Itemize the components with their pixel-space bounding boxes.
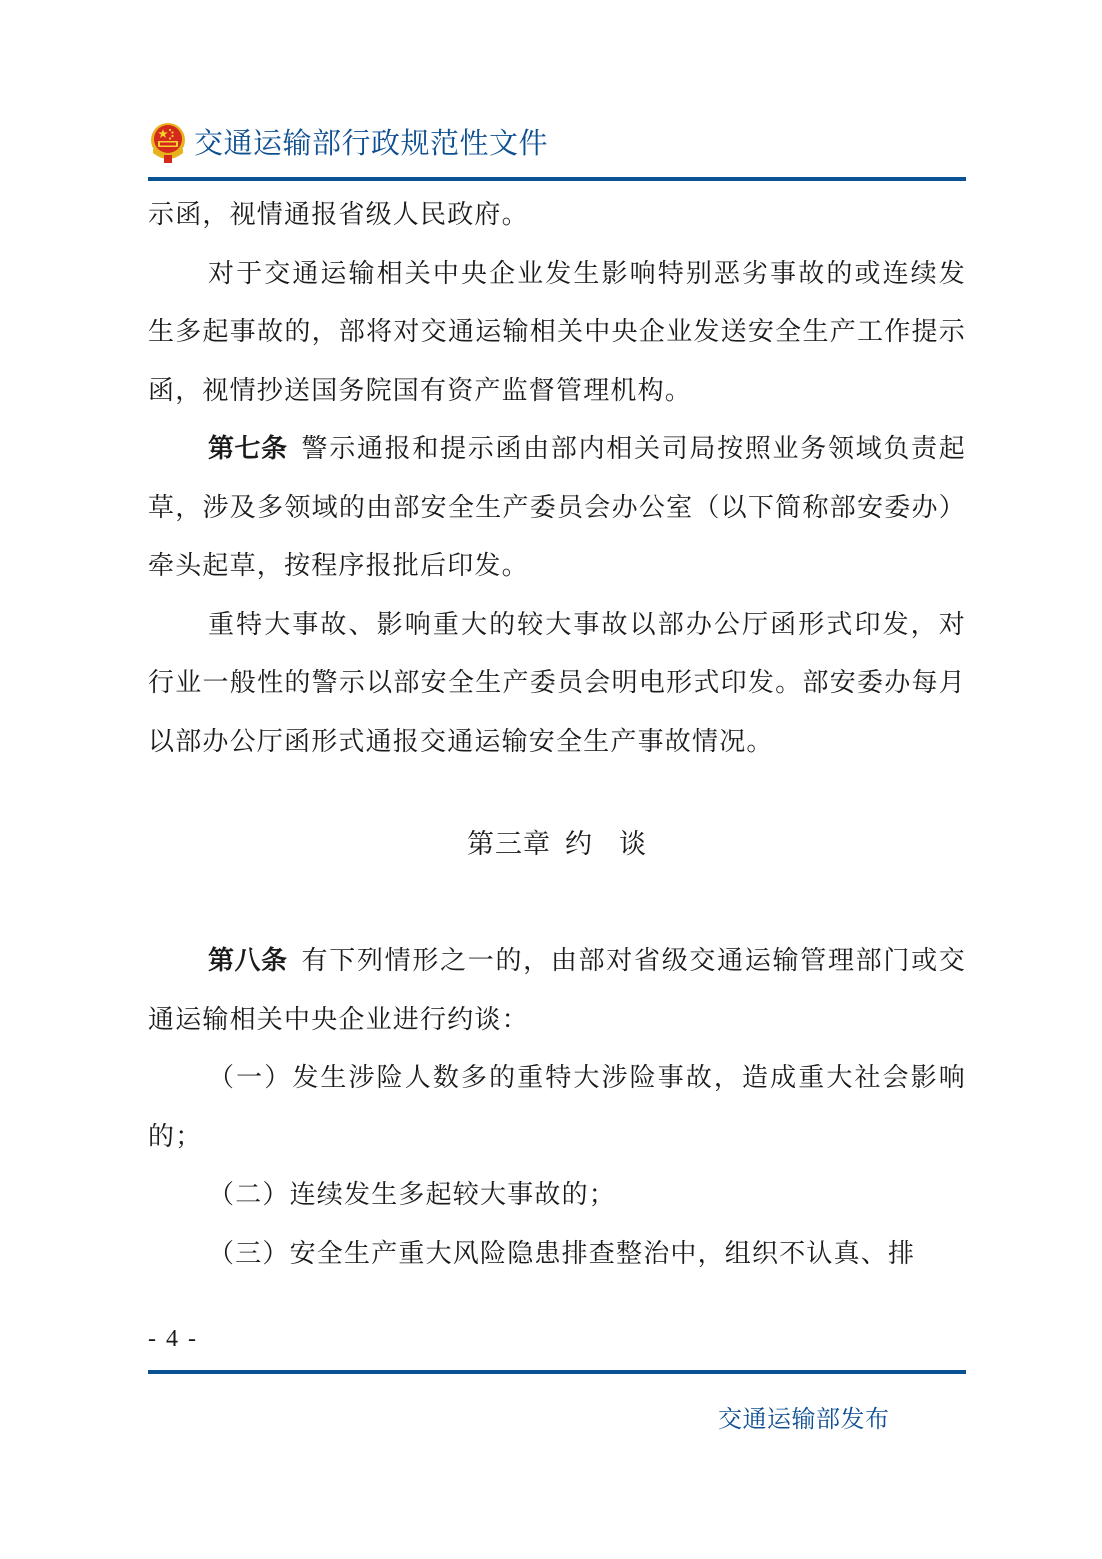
document-header: 交通运输部行政规范性文件: [148, 118, 548, 168]
paragraph-text: 对于交通运输相关中央企业发生影响特别恶劣事故的或连续发生多起事故的，部将对交通运…: [148, 259, 966, 406]
header-title: 交通运输部行政规范性文件: [194, 129, 548, 158]
list-item: （一）发生涉险人数多的重特大涉险事故，造成重大社会影响的；: [148, 1049, 966, 1166]
footer-divider: [148, 1370, 966, 1374]
paragraph-text: 示函，视情通报省级人民政府。: [148, 200, 529, 230]
chapter-title-char: 谈: [619, 829, 647, 860]
article-paragraph: 第七条警示通报和提示函由部内相关司局按照业务领域负责起草，涉及多领域的由部安全生…: [148, 420, 966, 596]
article-number: 第八条: [208, 946, 288, 976]
paragraph-text: （一）发生涉险人数多的重特大涉险事故，造成重大社会影响的；: [148, 1063, 966, 1152]
article-number: 第七条: [208, 434, 288, 464]
document-body-top: 示函，视情通报省级人民政府。 对于交通运输相关中央企业发生影响特别恶劣事故的或连…: [148, 186, 966, 771]
paragraph-text: 重特大事故、影响重大的较大事故以部办公厅函形式印发，对行业一般性的警示以部安全生…: [148, 610, 966, 757]
list-item: （三）安全生产重大风险隐患排查整治中，组织不认真、排: [148, 1225, 966, 1284]
national-emblem-icon: [148, 121, 188, 165]
footer-publisher: 交通运输部发布: [718, 1399, 890, 1434]
chapter-heading: 第三章约谈: [148, 822, 966, 861]
header-divider: [148, 177, 966, 181]
paragraph: 对于交通运输相关中央企业发生影响特别恶劣事故的或连续发生多起事故的，部将对交通运…: [148, 245, 966, 421]
article-paragraph: 第八条有下列情形之一的，由部对省级交通运输管理部门或交通运输相关中央企业进行约谈…: [148, 932, 966, 1049]
chapter-number: 第三章: [467, 829, 551, 860]
list-item: （二）连续发生多起较大事故的；: [148, 1166, 966, 1225]
paragraph: 示函，视情通报省级人民政府。: [148, 186, 966, 245]
chapter-title-char: 约: [565, 829, 593, 860]
paragraph-text: （二）连续发生多起较大事故的；: [208, 1180, 616, 1210]
paragraph: 重特大事故、影响重大的较大事故以部办公厅函形式印发，对行业一般性的警示以部安全生…: [148, 596, 966, 772]
document-body-bottom: 第八条有下列情形之一的，由部对省级交通运输管理部门或交通运输相关中央企业进行约谈…: [148, 932, 966, 1283]
paragraph-text: （三）安全生产重大风险隐患排查整治中，组织不认真、排: [208, 1239, 915, 1269]
page-number: - 4 -: [148, 1326, 198, 1353]
